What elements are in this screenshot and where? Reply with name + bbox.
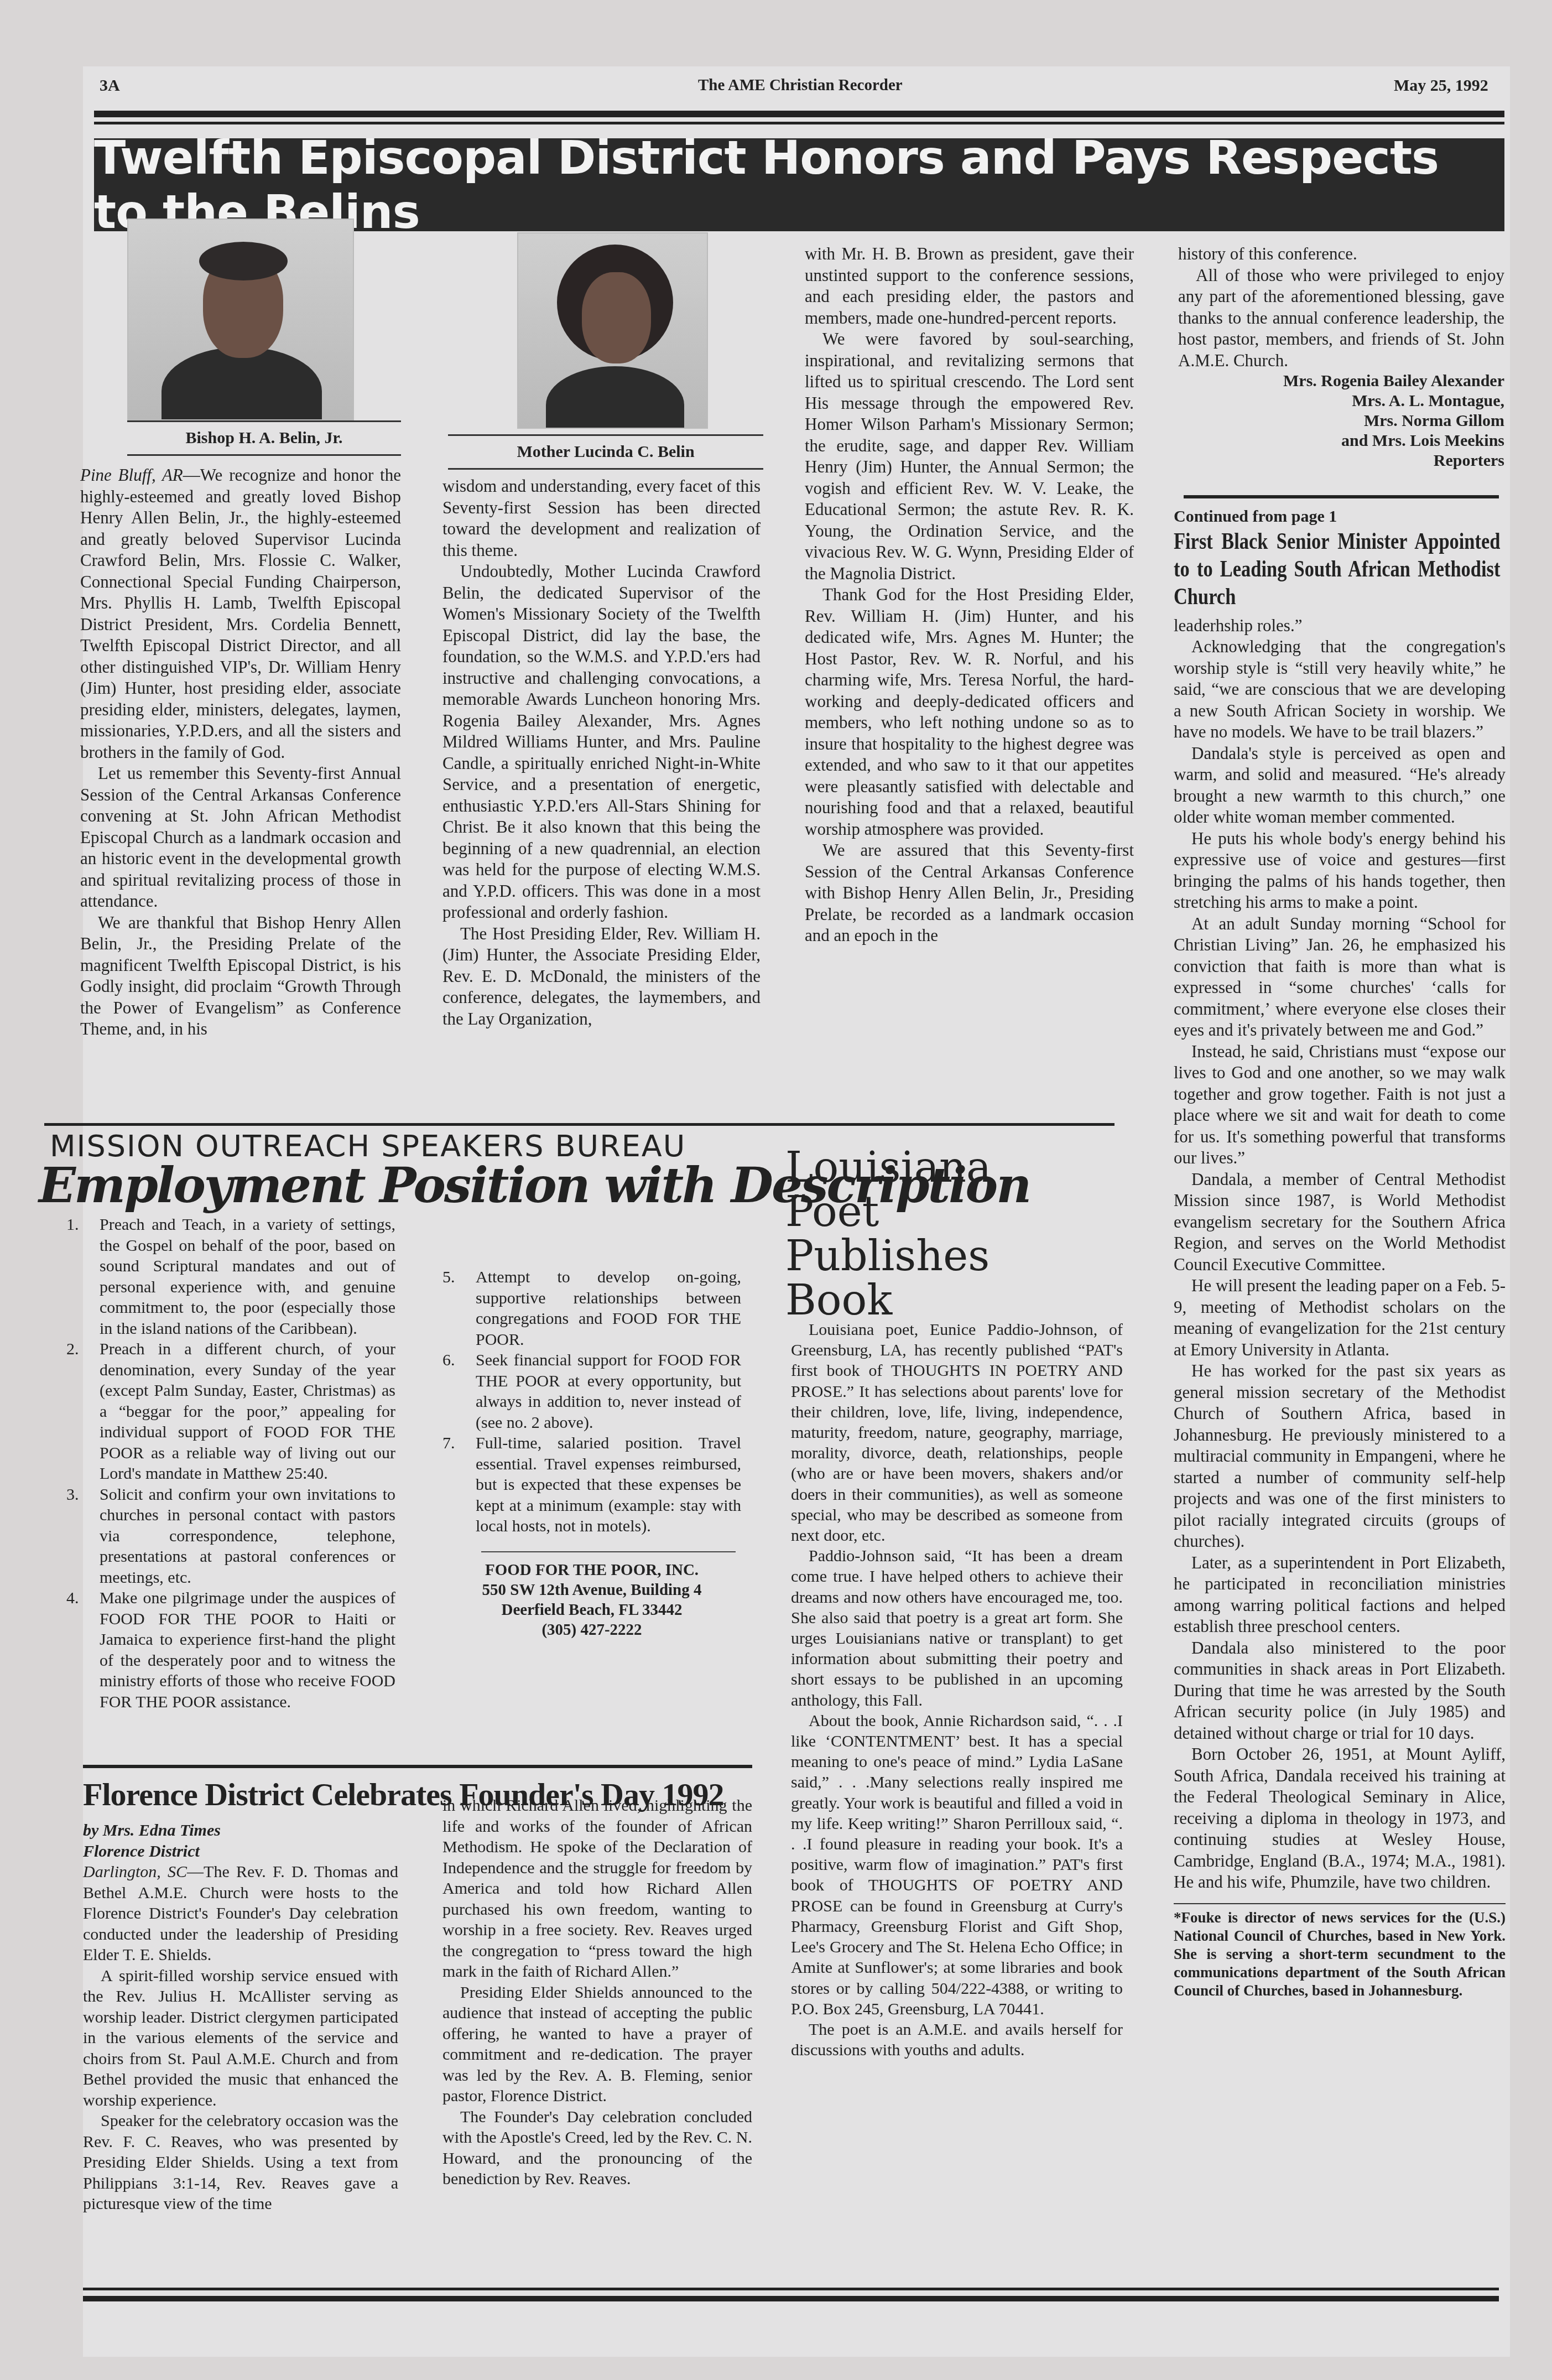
photo-bishop-belin bbox=[127, 219, 354, 420]
belin-article-col2: wisdom and understanding, every facet of… bbox=[442, 476, 761, 1030]
duty-item: 1.Preach and Teach, in a variety of sett… bbox=[66, 1214, 395, 1339]
duty-item: 3.Solicit and confirm your own invitatio… bbox=[66, 1484, 395, 1588]
lower-section-rule bbox=[44, 1123, 1114, 1126]
south-africa-headline: First Black Senior Minister Appointed to… bbox=[1174, 528, 1500, 611]
employment-duties-col1: 1.Preach and Teach, in a variety of sett… bbox=[66, 1214, 395, 1712]
banner-headline: Twelfth Episcopal District Honors and Pa… bbox=[94, 138, 1504, 231]
publication-name: The AME Christian Recorder bbox=[698, 76, 903, 95]
florence-article-col2: in which Richard Allen lived, highlighti… bbox=[442, 1795, 752, 2190]
belin-article-col3: with Mr. H. B. Brown as president, gave … bbox=[805, 243, 1134, 947]
masthead-rule-thick bbox=[94, 111, 1504, 117]
duty-item: 5.Attempt to develop on-going, supportiv… bbox=[442, 1267, 741, 1350]
photo-caption-bishop: Bishop H. A. Belin, Jr. bbox=[127, 420, 401, 456]
masthead-rule-thin bbox=[94, 122, 1504, 124]
florence-rule bbox=[83, 1765, 752, 1768]
issue-date: May 25, 1992 bbox=[1394, 76, 1488, 95]
belin-article-col1: Pine Bluff, AR—We recognize and honor th… bbox=[80, 465, 401, 1040]
duty-item: 7.Full-time, salaried position. Travel e… bbox=[442, 1433, 741, 1537]
reporters-signature: Mrs. Rogenia Bailey Alexander Mrs. A. L.… bbox=[1178, 371, 1504, 471]
continued-kicker: Continued from page 1 bbox=[1174, 506, 1506, 528]
byline-place: Florence District bbox=[83, 1841, 398, 1862]
author-footnote: *Fouke is director of news services for … bbox=[1174, 1903, 1506, 2000]
food-for-the-poor-contact: FOOD FOR THE POOR, INC. 550 SW 12th Aven… bbox=[442, 1560, 741, 1640]
south-africa-article: Continued from page 1 First Black Senior… bbox=[1174, 506, 1506, 2000]
section-divider bbox=[1184, 495, 1499, 498]
duty-item: 4.Make one pilgrimage under the auspices… bbox=[66, 1588, 395, 1712]
photo-caption-mother: Mother Lucinda C. Belin bbox=[448, 434, 763, 470]
byline: by Mrs. Edna Times bbox=[83, 1820, 398, 1841]
photo-mother-belin bbox=[517, 232, 708, 429]
page-number: 3A bbox=[100, 76, 120, 95]
louisiana-article-body: Louisiana poet, Eunice Paddio-Johnson, o… bbox=[791, 1319, 1123, 2060]
belin-article-col4: history of this conference. All of those… bbox=[1178, 243, 1504, 471]
florence-article-col1: by Mrs. Edna Times Florence District Dar… bbox=[83, 1820, 398, 2215]
louisiana-headline: Louisiana Poet Publishes Book bbox=[785, 1145, 991, 1322]
duty-item: 2.Preach in a different church, of your … bbox=[66, 1339, 395, 1484]
dateline: Pine Bluff, AR bbox=[80, 465, 183, 485]
footer-rule-thick bbox=[83, 2296, 1499, 2301]
employment-duties-col2: 5.Attempt to develop on-going, supportiv… bbox=[442, 1267, 741, 1640]
duty-item: 6.Seek financial support for FOOD FOR TH… bbox=[442, 1350, 741, 1433]
footer-rule-thin bbox=[83, 2288, 1499, 2290]
